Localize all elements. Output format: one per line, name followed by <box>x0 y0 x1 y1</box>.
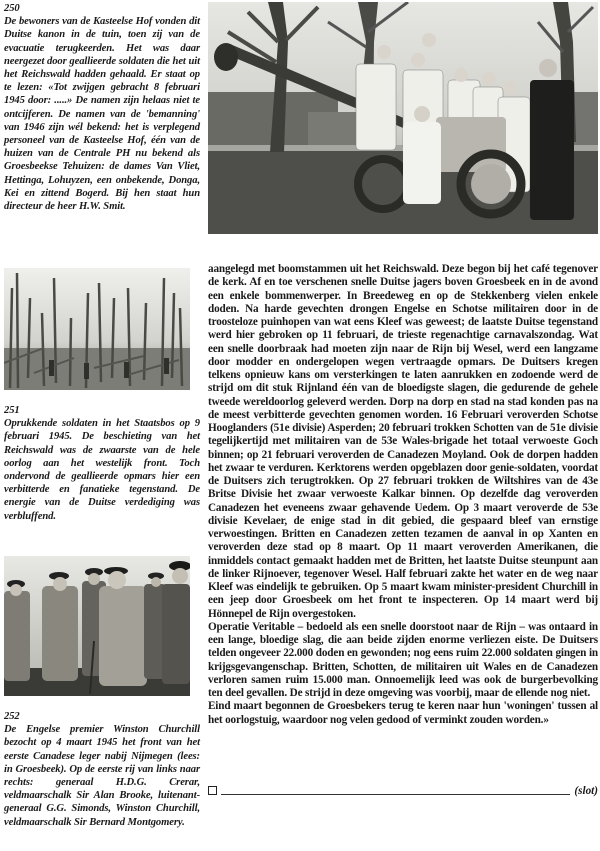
end-slot-text: (slot) <box>574 785 598 797</box>
caption-250: 250 De bewoners van de Kasteelse Hof von… <box>4 2 200 213</box>
end-rule <box>221 794 570 795</box>
body-paragraph: Operatie Veritable – bedoeld als een sne… <box>208 621 598 701</box>
caption-text: Oprukkende soldaten in het Staatsbos op … <box>4 418 200 521</box>
article-body: aangelegd met boomstammen uit het Reichs… <box>208 263 598 727</box>
photo-churchill-generals-image <box>4 556 190 696</box>
caption-252: 252 De Engelse premier Winston Churchill… <box>4 710 200 829</box>
caption-number: 252 <box>4 710 200 723</box>
caption-251: 251 Oprukkende soldaten in het Staatsbos… <box>4 404 200 523</box>
photo-soldiers-forest <box>4 268 190 390</box>
photo-soldiers-forest-image <box>4 268 190 390</box>
article-end-mark: (slot) <box>208 783 598 797</box>
caption-number: 251 <box>4 404 200 417</box>
photo-cannon-nurses <box>208 2 598 234</box>
body-paragraph: Eind maart begonnen de Groesbekers terug… <box>208 700 598 727</box>
end-square-icon <box>208 786 217 795</box>
photo-churchill-generals <box>4 556 190 696</box>
photo-cannon-nurses-image <box>208 2 598 234</box>
caption-text: De bewoners van de Kasteelse Hof vonden … <box>4 16 200 212</box>
caption-text: De Engelse premier Winston Churchill bez… <box>4 724 200 827</box>
end-slot-label: (slot) <box>574 785 598 797</box>
body-paragraph: aangelegd met boomstammen uit het Reichs… <box>208 263 598 621</box>
caption-number: 250 <box>4 2 200 15</box>
